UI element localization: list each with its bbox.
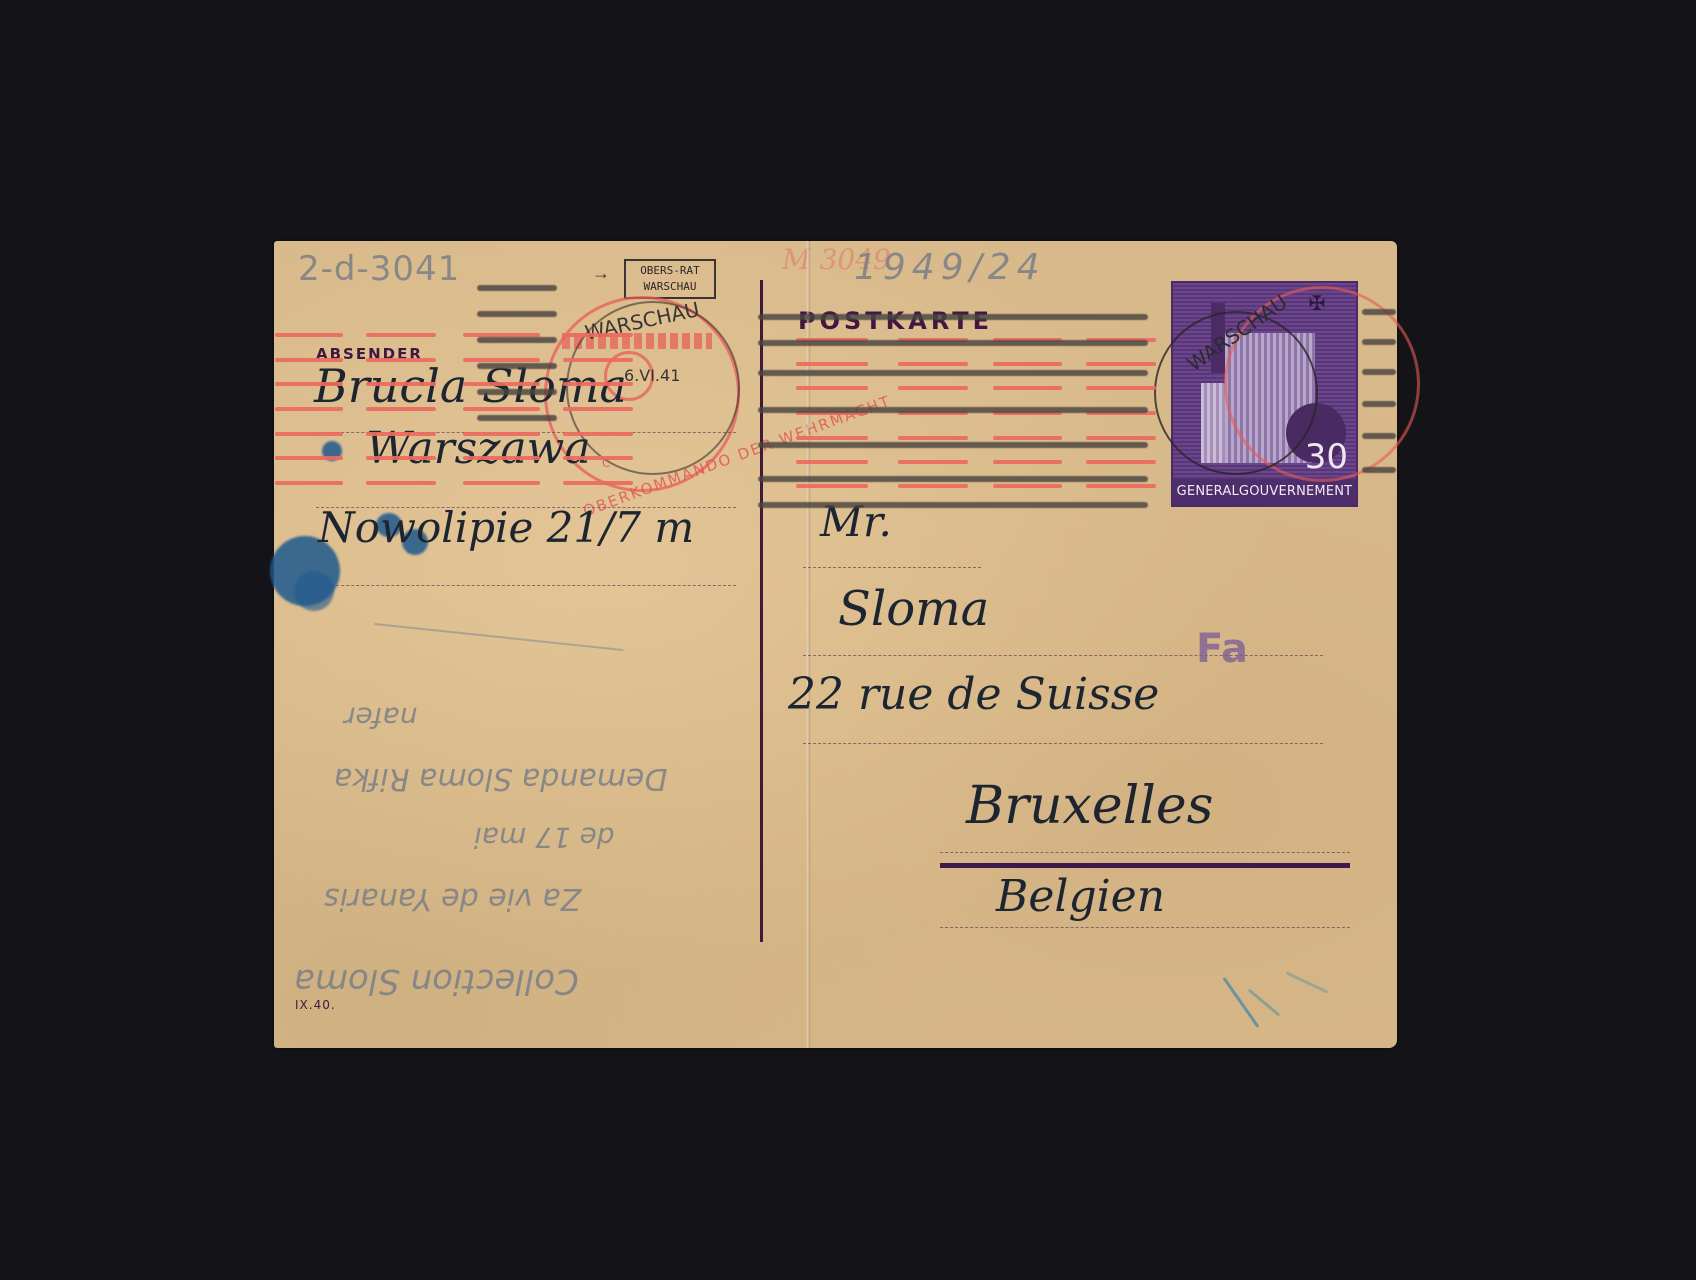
red-slogan-dash — [993, 362, 1062, 366]
recipient-name: Sloma — [838, 581, 989, 637]
red-slogan-dash — [366, 481, 436, 485]
pencil-note-line: nafer — [344, 701, 418, 734]
red-slogan-dash — [898, 460, 968, 464]
pencil-note-line: de 17 mai — [474, 821, 615, 854]
sender-line-3 — [316, 585, 736, 586]
recipient-city: Bruxelles — [966, 776, 1213, 836]
red-slogan-dash — [1086, 436, 1156, 440]
red-slogan-dash — [898, 362, 968, 366]
red-slogan-dash — [563, 358, 633, 362]
sender-name: Brucla Sloma — [314, 359, 627, 413]
cancel-bar — [1362, 401, 1396, 407]
red-slogan-dash — [366, 358, 436, 362]
sender-city: Warszawa — [366, 423, 591, 474]
cancel-bar — [758, 502, 1148, 508]
red-slogan-dash — [275, 358, 343, 362]
cancel-bar — [477, 285, 557, 291]
pencil-note-line: Demanda Sloma Rifka — [334, 761, 668, 796]
red-slogan-dash — [275, 333, 343, 337]
red-slogan-dash — [463, 358, 540, 362]
violet-handstamp: Fa — [1196, 626, 1248, 672]
red-slogan-dash — [366, 333, 436, 337]
cancel-bar — [758, 340, 1148, 346]
red-slogan-dash — [463, 382, 540, 386]
postcard: 2-d-3041 M 3049 1949/24 OBERS-RAT WARSCH… — [274, 241, 1397, 1048]
recipient-country: Belgien — [996, 871, 1165, 922]
red-slogan-dash — [1086, 386, 1156, 390]
red-slogan-dash — [366, 407, 436, 411]
red-slogan-dash — [275, 481, 343, 485]
cachet-line-1: OBERS-RAT — [626, 263, 714, 279]
cancel-bar — [477, 415, 557, 421]
red-slogan-dash — [1086, 362, 1156, 366]
cancel-bar — [477, 337, 557, 343]
red-slogan-dash — [993, 460, 1062, 464]
red-slogan-dash — [898, 484, 968, 488]
pencil-note-line: Za vie de Yanaris — [324, 881, 581, 916]
vertical-divider — [760, 280, 763, 942]
cancel-bar — [758, 407, 1148, 413]
cancel-bar — [477, 363, 557, 369]
stamp-issuer: GENERALGOUVERNEMENT — [1173, 479, 1356, 505]
archive-number: 2-d-3041 — [298, 249, 460, 289]
red-slogan-dash — [275, 407, 343, 411]
cancel-bar — [1362, 309, 1396, 315]
red-slogan-dash — [563, 432, 633, 436]
red-slogan-dash — [563, 382, 633, 386]
cancel-bar — [758, 314, 1148, 320]
red-slogan-dash — [275, 456, 343, 460]
red-slogan-dash — [796, 436, 868, 440]
blue-pencil-mark — [1286, 971, 1329, 993]
red-slogan-dash — [1086, 484, 1156, 488]
cachet-line-2: WARSCHAU — [626, 279, 714, 295]
blue-pencil-mark — [1248, 988, 1281, 1016]
red-slogan-dash — [463, 481, 540, 485]
cancel-bar — [1362, 433, 1396, 439]
red-slogan-dash — [463, 407, 540, 411]
pencil-note-upside-down: Collection SlomaZa vie de Yanarisde 17 m… — [294, 681, 734, 1011]
red-slogan-dash — [463, 456, 540, 460]
red-slogan-dash — [366, 432, 436, 436]
arrow-mark-icon: → — [592, 263, 610, 284]
red-slogan-dash — [563, 333, 633, 337]
pencil-stroke — [375, 623, 624, 651]
red-slogan-dash — [563, 407, 633, 411]
red-slogan-dash — [275, 432, 343, 436]
cancel-bar — [758, 370, 1148, 376]
red-slogan-dash — [463, 432, 540, 436]
pencil-reference: 1949/24 — [854, 247, 1046, 288]
red-slogan-dash — [993, 436, 1062, 440]
red-slogan-dash — [796, 484, 868, 488]
red-slogan-dash — [366, 456, 436, 460]
recipient-line-1 — [803, 567, 981, 568]
red-slogan-dash — [898, 386, 968, 390]
red-slogan-dash — [563, 456, 633, 460]
cancel-bar — [1362, 467, 1396, 473]
city-underline-bar — [940, 863, 1350, 868]
red-slogan-dash — [563, 481, 633, 485]
blue-pencil-mark — [1223, 977, 1260, 1028]
recipient-line-4 — [940, 852, 1350, 853]
red-slogan-dash — [275, 382, 343, 386]
cancel-bar — [477, 389, 557, 395]
recipient-street: 22 rue de Suisse — [788, 669, 1159, 720]
sender-street: Nowolipie 21/7 m — [318, 503, 694, 552]
pencil-note-line: Collection Sloma — [294, 961, 579, 1001]
cancel-bar — [1362, 339, 1396, 345]
recipient-line-3 — [803, 743, 1323, 744]
ink-blot — [294, 571, 334, 611]
cancel-bar — [758, 442, 1148, 448]
red-slogan-dash — [796, 386, 868, 390]
red-slogan-dash — [993, 484, 1062, 488]
red-slogan-dash — [993, 386, 1062, 390]
recipient-line-5 — [940, 927, 1350, 928]
red-slogan-dash — [366, 382, 436, 386]
red-slogan-dash — [898, 436, 968, 440]
red-slogan-dash — [796, 362, 868, 366]
cancel-bar — [1362, 369, 1396, 375]
postkarte-title: POSTKARTE — [798, 307, 993, 335]
boxed-cachet: OBERS-RAT WARSCHAU — [624, 259, 716, 299]
red-slogan-dash — [1086, 460, 1156, 464]
cancel-bar — [758, 476, 1148, 482]
red-slogan-dash — [796, 460, 868, 464]
cancel-bar — [477, 311, 557, 317]
